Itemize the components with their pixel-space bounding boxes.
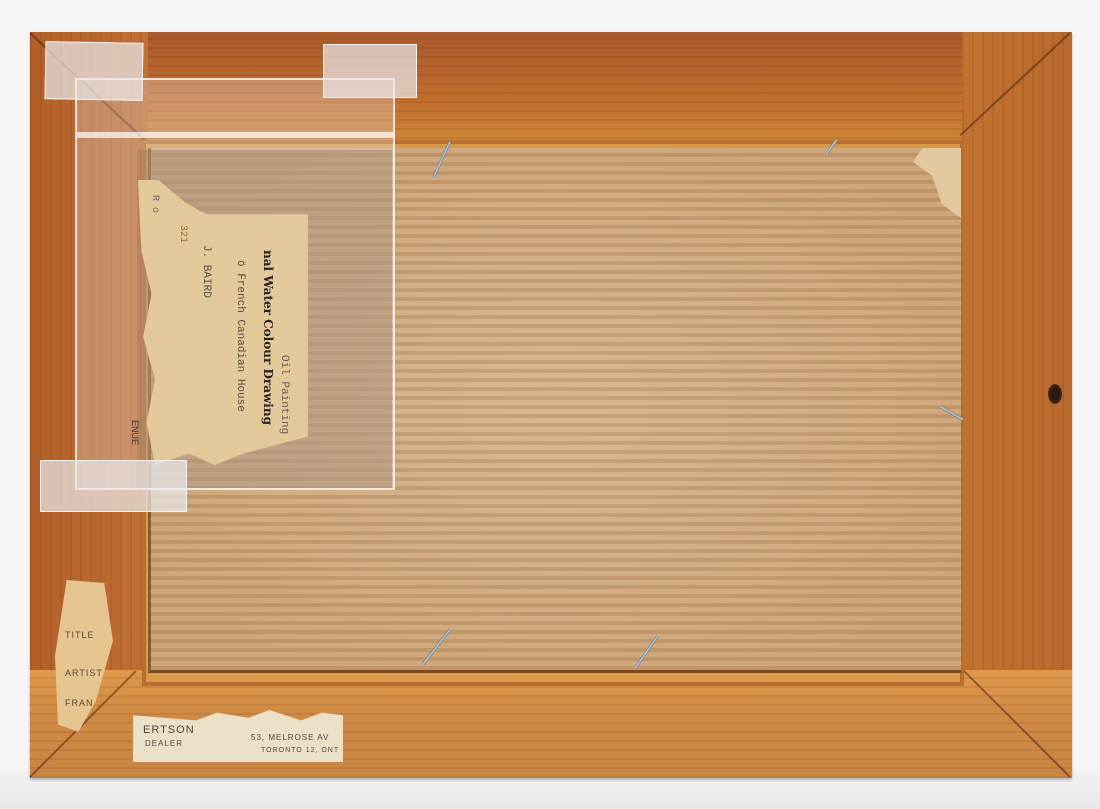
label-water-text: nal Water Colour Drawing [261,250,275,425]
dealer-role: DEALER [145,739,183,748]
label-title-text: ö French Canadian House [234,260,246,412]
frame-rail-right [962,32,1072,778]
tape-strip [40,460,187,512]
side-label-frame: FRAN [65,698,94,708]
side-label-artist: ARTIST [65,668,103,678]
label-avenue-text: ENUE [130,420,140,445]
dealer-name: ERTSON [143,724,195,736]
screw-hole [1048,384,1062,404]
label-oil-text: Oil Painting [278,355,290,434]
torn-corner [913,148,961,218]
label-artist-text: J. BAIRD [200,245,212,298]
dealer-city: TORONTO 12, ONT [261,747,339,754]
tape-strip [323,44,417,98]
label-number-text: 321 [177,225,188,243]
label-prefix-text: R o [149,195,160,213]
zip-seal [77,132,393,138]
tape-strip [45,41,144,101]
side-label-title: TITLE [65,630,95,640]
dealer-address: 53, MELROSE AV [251,733,329,742]
